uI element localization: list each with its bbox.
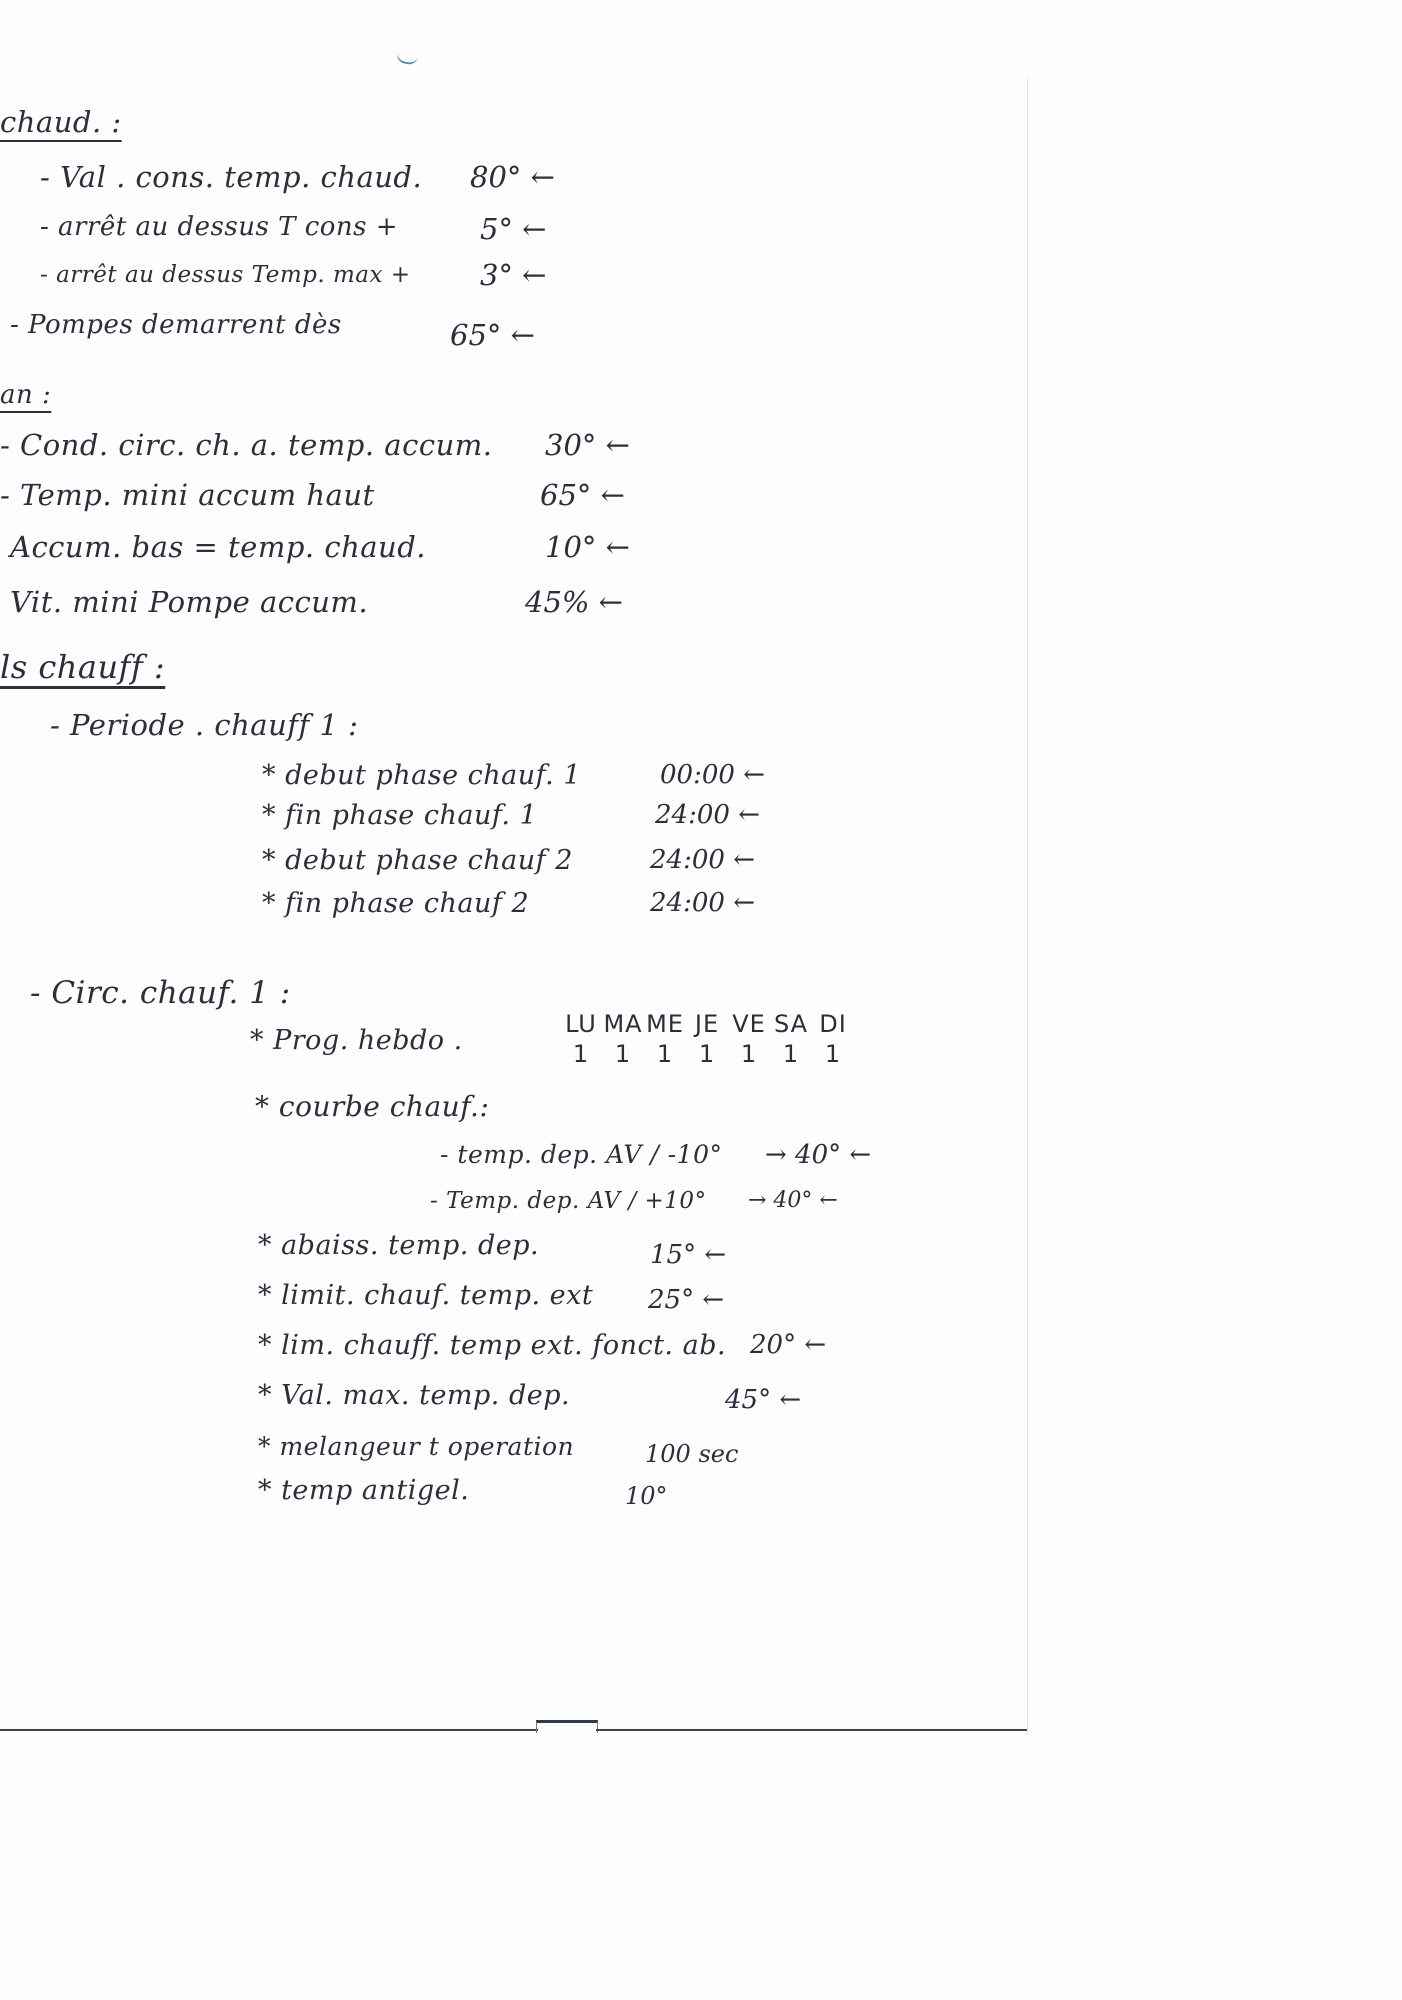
curve-label: * courbe chauf.:: [255, 1090, 489, 1123]
circuit-item-value: 100 sec: [645, 1440, 738, 1468]
day-label: DI: [812, 1010, 854, 1038]
day-label: SA: [770, 1010, 812, 1038]
hot-water-item-value: 5° ←: [480, 212, 546, 246]
period-item-label: * fin phase chauf 2: [262, 888, 529, 919]
accum-item-value: 65° ←: [540, 478, 625, 512]
period-item-value: 00:00 ←: [660, 760, 765, 790]
circuit-item-label: * lim. chauff. temp ext. fonct. ab.: [258, 1330, 726, 1361]
circuit-title: - Circ. chauf. 1 :: [30, 975, 291, 1011]
weekday-header: LUMAMEJEVESADI: [560, 1010, 854, 1038]
accum-item-label: Accum. bas = temp. chaud.: [10, 530, 426, 564]
circuit-item-value: 10°: [625, 1482, 668, 1510]
page-edge-left: [0, 1729, 538, 1731]
circuit-item-label: * Val. max. temp. dep.: [258, 1380, 570, 1411]
staple-mark: [395, 50, 419, 66]
section-title-heating: ls chauff :: [0, 648, 165, 686]
day-label: JE: [686, 1010, 728, 1038]
period-item-label: * debut phase chauf 2: [262, 845, 573, 876]
curve-item-label: - temp. dep. AV / -10°: [440, 1140, 722, 1169]
day-value: 1: [728, 1040, 770, 1068]
accum-item-label: - Temp. mini accum haut: [0, 478, 375, 512]
hot-water-item-value: 65° ←: [450, 318, 535, 352]
circuit-item-value: 20° ←: [750, 1330, 826, 1360]
hot-water-item-label: - Pompes demarrent dès: [10, 310, 342, 340]
hot-water-item-label: - Val . cons. temp. chaud.: [40, 160, 422, 194]
circuit-item-value: 25° ←: [648, 1285, 724, 1315]
hot-water-item-label: - arrêt au dessus Temp. max +: [40, 262, 411, 288]
circuit-item-value: 15° ←: [650, 1240, 726, 1270]
period-item-value: 24:00 ←: [655, 800, 760, 830]
curve-item-label: - Temp. dep. AV / +10°: [430, 1188, 707, 1214]
accum-item-value: 45% ←: [525, 585, 623, 619]
curve-item-value: → 40° ←: [765, 1140, 871, 1170]
circuit-item-label: * melangeur t operation: [258, 1432, 574, 1461]
day-value: 1: [770, 1040, 812, 1068]
section-title-accum: an :: [0, 380, 51, 410]
day-value: 1: [686, 1040, 728, 1068]
accum-item-label: Vit. mini Pompe accum.: [10, 585, 368, 619]
day-value: 1: [602, 1040, 644, 1068]
day-label: LU: [560, 1010, 602, 1038]
accum-item-label: - Cond. circ. ch. a. temp. accum.: [0, 428, 492, 462]
day-label: VE: [728, 1010, 770, 1038]
circuit-item-value: 45° ←: [725, 1385, 801, 1415]
day-value: 1: [812, 1040, 854, 1068]
circuit-item-label: * temp antigel.: [258, 1475, 469, 1506]
day-value: 1: [644, 1040, 686, 1068]
hot-water-item-value: 3° ←: [480, 258, 546, 292]
curve-item-value: → 40° ←: [748, 1188, 838, 1213]
accum-item-value: 10° ←: [545, 530, 630, 564]
period-title: - Periode . chauff 1 :: [50, 708, 358, 742]
day-label: MA: [602, 1010, 644, 1038]
period-item-value: 24:00 ←: [650, 888, 755, 918]
page-notch: [536, 1720, 598, 1733]
weekly-program-label: * Prog. hebdo .: [250, 1025, 463, 1056]
period-item-label: * debut phase chauf. 1: [262, 760, 581, 791]
page-edge-right: [596, 1729, 1027, 1731]
period-item-value: 24:00 ←: [650, 845, 755, 875]
accum-item-value: 30° ←: [545, 428, 630, 462]
section-title-hot-water: chaud. :: [0, 105, 122, 139]
circuit-item-label: * abaiss. temp. dep.: [258, 1230, 539, 1261]
weekday-values: 1111111: [560, 1040, 854, 1068]
day-label: ME: [644, 1010, 686, 1038]
period-item-label: * fin phase chauf. 1: [262, 800, 537, 831]
circuit-item-label: * limit. chauf. temp. ext: [258, 1280, 593, 1311]
hot-water-item-value: 80° ←: [470, 160, 555, 194]
hot-water-item-label: - arrêt au dessus T cons +: [40, 212, 398, 242]
day-value: 1: [560, 1040, 602, 1068]
